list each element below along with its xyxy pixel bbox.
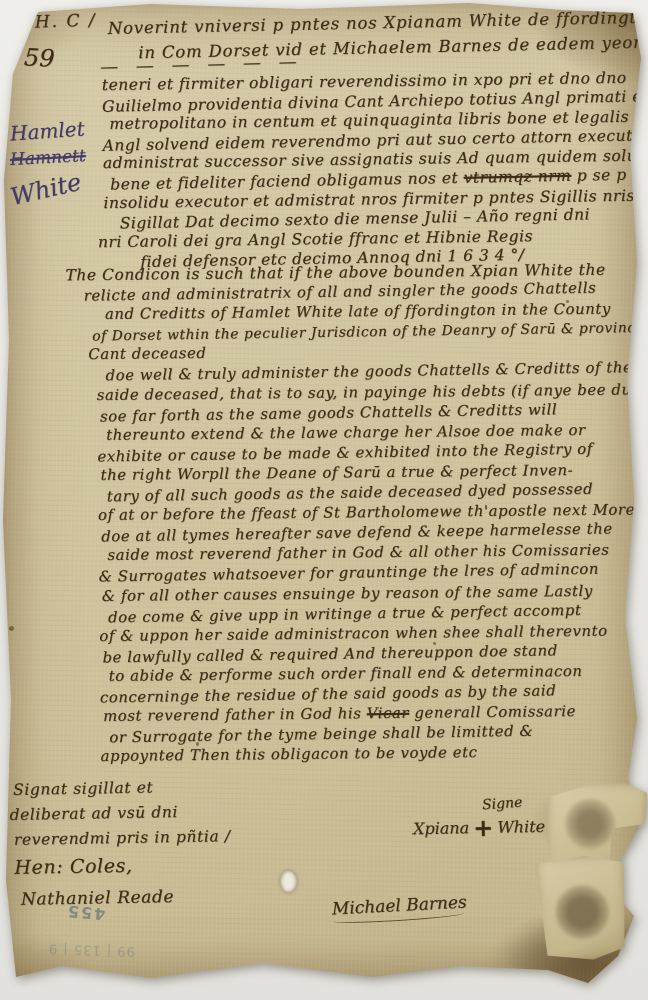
sign-label: Signe — [481, 795, 522, 814]
ink-speck — [433, 642, 436, 645]
latin-bond-clause: teneri et firmiter obligari reverendissi… — [102, 68, 648, 272]
repair-patch — [535, 854, 628, 962]
verso-stamp-fraction: 99 | 135 | 9 — [48, 940, 135, 958]
signature-name-pre: Xpiana — [413, 818, 469, 838]
margin-annotation: White — [8, 168, 88, 211]
wax-seal-impression — [553, 881, 612, 944]
attestation-line: Signat sigillat et — [13, 774, 230, 803]
ink-speck — [9, 626, 14, 631]
condition-clause: The Condicon is such that if the above b… — [95, 259, 648, 767]
wax-seal-impression — [563, 795, 617, 853]
witness-signature-barnes: Michael Barnes — [331, 892, 467, 924]
margin-annotations: HamletHamnettWhite — [10, 118, 86, 203]
signature-name-post: White. — [497, 817, 550, 837]
ink-speck — [302, 120, 305, 123]
archival-folio-number: 59 — [23, 43, 55, 73]
signature-cross-mark: + — [473, 814, 494, 842]
archival-reference-code: P. H. C / — [10, 10, 97, 33]
verso-stamp-number: 455 — [65, 901, 106, 923]
attestation-line: Hen: Coles, — [14, 852, 231, 881]
ink-speck — [196, 742, 199, 746]
attestation-line: reverendmi pris in pñtia / — [14, 824, 231, 853]
attestation-line: Nathaniel Reade — [21, 884, 232, 913]
paper-sheet-wrapper: P. H. C / 59 HamletHamnettWhite Noverint… — [0, 0, 648, 1000]
attestation-line: deliberat ad vsū dni — [9, 799, 230, 828]
paper-hole — [280, 870, 297, 893]
scanned-document-page: P. H. C / 59 HamletHamnettWhite Noverint… — [0, 0, 648, 1000]
signature-mark-white: Xpiana+White. — [413, 813, 551, 843]
attestation-block: Signat sigillat etdeliberat ad vsū dnire… — [13, 774, 232, 913]
ink-speck — [566, 300, 569, 303]
